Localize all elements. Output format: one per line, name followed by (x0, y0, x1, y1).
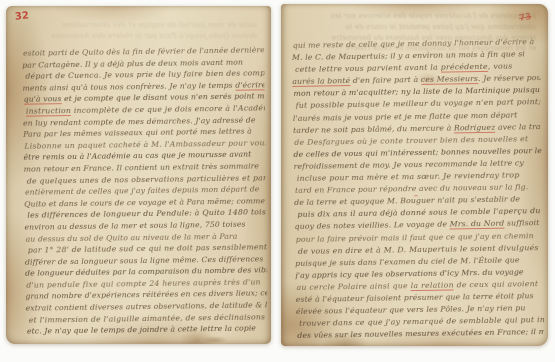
manuscript-photo: 32 suite de mon journal de voyage et des… (0, 0, 555, 362)
red-underlined-phrase: précédente (441, 62, 488, 73)
folio-number-left: 32 (14, 10, 29, 22)
red-underlined-phrase: la relation (411, 280, 454, 291)
handwritten-phrase: puisque je suis dans l'examen du ciel de… (295, 255, 520, 268)
bleed-through-line: à Messieurs de l'Académie royale des sci… (301, 11, 536, 22)
handwritten-phrase: au cercle Polaire ainsi que (296, 281, 410, 292)
handwritten-phrase: fut possible puisque le meilleur du voya… (296, 97, 541, 110)
manuscript-right-page: 73 à Messieurs de l'Académie royale des … (281, 4, 548, 346)
bleed-through-line: observations que j'ay faites pendant le … (301, 22, 536, 33)
red-underlined-phrase: Mrs. du Nord (450, 219, 505, 230)
handwritten-phrase: j'ay appris icy que les observations d'i… (295, 267, 523, 280)
handwritten-phrase: Bouguer✕ (400, 196, 435, 206)
red-underlined-phrase: qu'à vous (24, 95, 62, 106)
red-underlined-phrase: ces Messieurs (421, 74, 478, 85)
handwritten-phrase: l'aurés mais je vous prie et je me flatt… (293, 110, 518, 123)
red-underlined-phrase: Rodriguez (454, 122, 496, 133)
handwritten-phrase: quoy des notes vieillies. Le voyage de (295, 220, 450, 231)
handwritten-phrase: , vous (488, 62, 513, 71)
manuscript-text-left: estoit parti de Quito dès la fin de févr… (22, 44, 268, 337)
red-x-mark: ✕ (413, 193, 419, 201)
handwritten-phrase: de ceux qui avoient (454, 279, 539, 289)
red-underlined-phrase: d'écrire (235, 80, 264, 90)
red-underlined-phrase: instruction (26, 106, 71, 117)
handwritten-phrase: cette lettre vous parvient avant la (295, 63, 441, 74)
ink-smudge (202, 336, 228, 344)
red-underlined-phrase: aurés la bonté (292, 76, 350, 87)
handwritten-phrase: avec la traversée (495, 121, 541, 131)
handwritten-phrase: d'en faire part à (350, 75, 421, 85)
handwritten-phrase: tarder ne soit pas blâmé, du mercure à (293, 123, 454, 135)
manuscript-left-page: 32 suite de mon journal de voyage et des… (6, 6, 271, 344)
manuscript-line: des vûes sur les nouvelles mesures exécu… (297, 326, 544, 342)
bleed-through-line: suite de mon journal de voyage et des ob… (32, 20, 257, 31)
handwritten-phrase: de vous en dire et à M. D. Maupertuis le… (298, 243, 539, 256)
handwritten-phrase: de la terre et quoyque M. (294, 197, 400, 208)
bleed-through-text-left: suite de mon journal de voyage et des ob… (32, 20, 257, 42)
handwritten-phrase: des vûes sur les nouvelles mesures exécu… (297, 327, 544, 340)
handwritten-phrase: mon retour en France. Il contient un ext… (24, 161, 260, 173)
handwritten-phrase: etc. Je n'ay que le temps de joindre à c… (27, 324, 256, 336)
handwritten-phrase: suffisoit (504, 219, 539, 229)
handwritten-phrase: environ au dessus de la mer et sous la l… (24, 220, 245, 232)
bleed-through-line: depuis Quito jusqu'à Para par la riviere… (32, 31, 257, 42)
handwritten-phrase: . Je réserve pour (478, 73, 540, 83)
handwritten-phrase: incomplète de ce que je dois encore à l'… (71, 103, 265, 115)
manuscript-line: etc. Je n'ay que le temps de joindre à c… (27, 323, 268, 338)
handwritten-phrase: n'ait pu s'establir de (435, 195, 521, 205)
manuscript-text-right: qui me reste de celle que je me donnay l… (292, 36, 545, 342)
handwritten-phrase: pour la faire prévoir mais il faut que c… (296, 231, 534, 244)
